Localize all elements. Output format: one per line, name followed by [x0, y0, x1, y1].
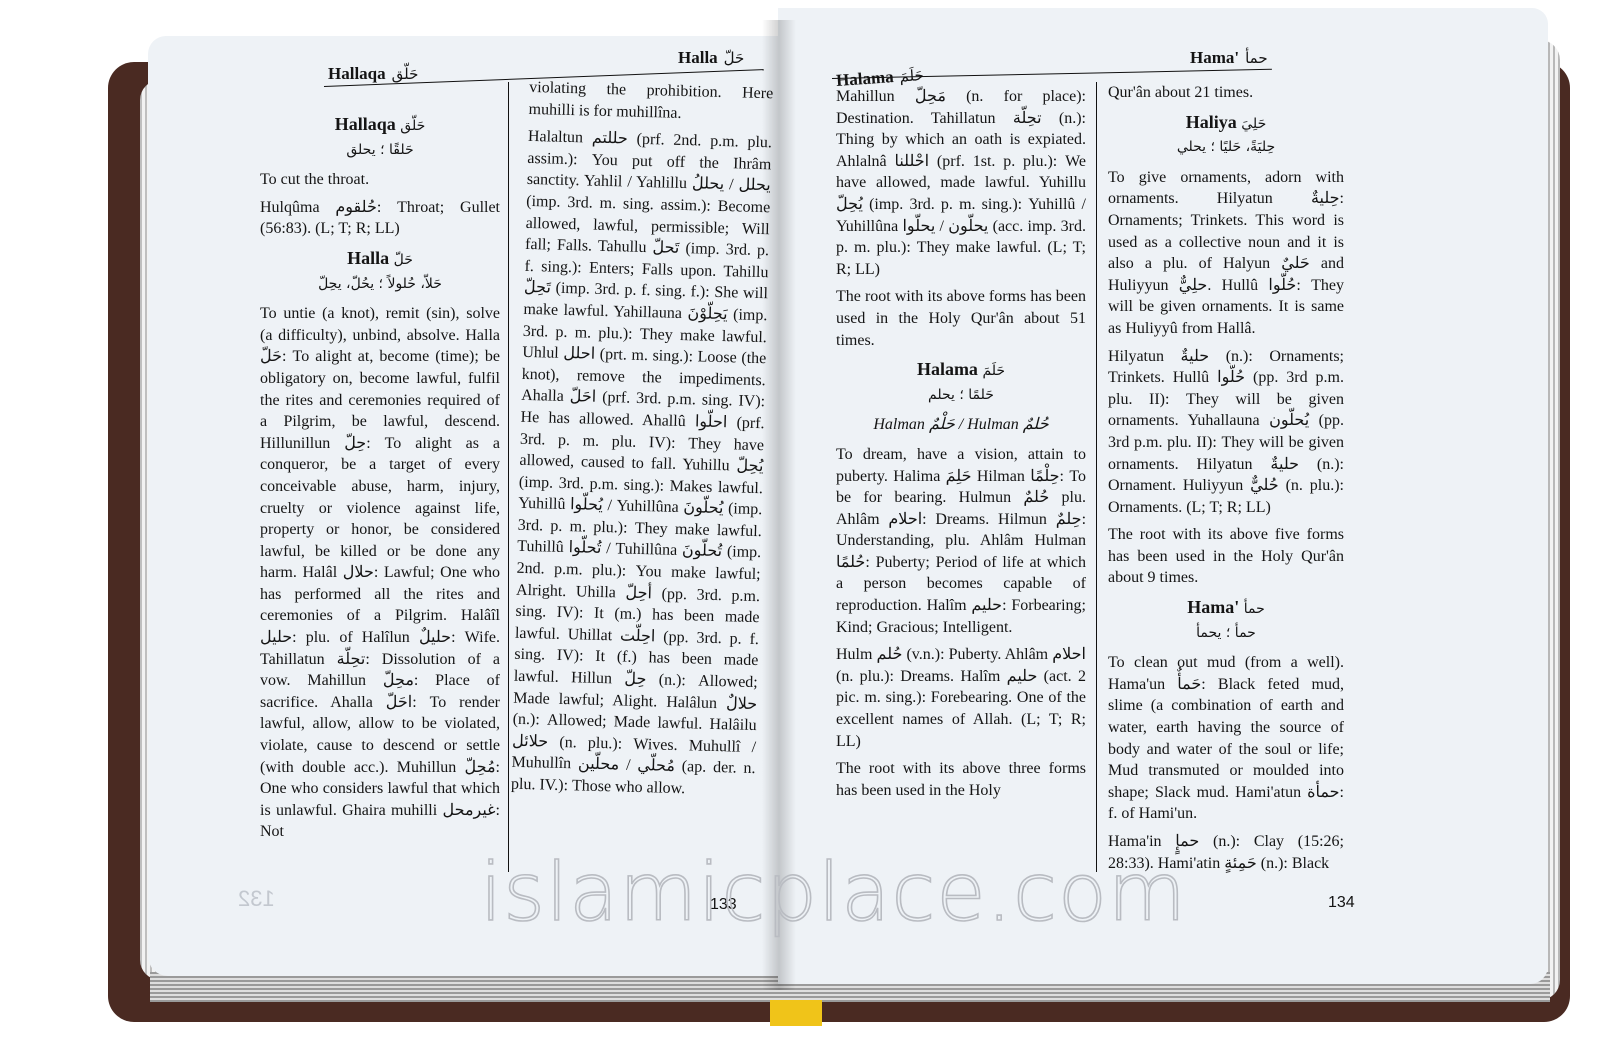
- column-rule: [508, 82, 509, 872]
- running-head-right: Hama' حمأ: [1190, 48, 1268, 68]
- entry-definition: Qur'ân about 21 times.: [1108, 82, 1344, 104]
- entry-definition: To untie (a knot), remit (sin), solve (a…: [260, 303, 500, 843]
- entry-arabic-forms: حَلاّ، حُلولاً ؛ يحُلّ، يحِلّ: [260, 274, 500, 296]
- entry-definition: violating the prohibition. Here muhilli …: [528, 77, 773, 127]
- entry-definition: To give ornaments, adorn with ornaments.…: [1108, 167, 1344, 340]
- column-rule: [1096, 82, 1097, 872]
- entry-arabic-forms: حَلمًا ؛ يحلم: [836, 385, 1086, 407]
- right-page-column-2: Qur'ân about 21 times.Haliya حَلِيَحِليَ…: [1108, 82, 1344, 880]
- entry-headword: Hallaqa حَلّق: [260, 114, 500, 138]
- entry-definition: Hilyatun حليةٌ (n.): Ornaments; Trinkets…: [1108, 346, 1344, 519]
- entry-headword: Hama' حمأ: [1108, 597, 1344, 621]
- entry-definition: To clean out mud (from a well). Hama'un …: [1108, 652, 1344, 825]
- left-page-column-1: Hallaqa حَلّقحَلقًا ؛ يحلقTo cut the thr…: [260, 106, 500, 849]
- entry-arabic-forms: حمأ ؛ يحمأ: [1108, 623, 1344, 645]
- entry-definition: To cut the throat.: [260, 169, 500, 191]
- entry-definition: The root with its above forms has been u…: [836, 286, 1086, 351]
- book-gutter: [762, 20, 796, 990]
- entry-arabic-forms: حَلقًا ؛ يحلق: [260, 140, 500, 162]
- left-page-column-2: violating the prohibition. Here muhilli …: [511, 77, 774, 808]
- entry-definition: Hulm حُلم (v.n.): Puberty. Ahlâm احلام (…: [836, 644, 1086, 752]
- right-page-column-1: Mahillun مَحِلّ (n. for place): Destinat…: [836, 86, 1086, 807]
- ghost-page-number: 132: [238, 886, 275, 912]
- watermark: islamicplace.com: [480, 846, 1187, 939]
- right-page: Halama حَلَمَ Hama' حمأ Mahillun مَحِلّ …: [778, 8, 1548, 984]
- entry-definition: To dream, have a vision, attain to puber…: [836, 444, 1086, 638]
- entry-headword: Halla حَلّ: [260, 248, 500, 272]
- bookmark-ribbon: [770, 1000, 822, 1026]
- page-number-right: 134: [1328, 894, 1355, 912]
- entry-definition: The root with its above three forms has …: [836, 758, 1086, 801]
- entry-headword: Haliya حَلِيَ: [1108, 112, 1344, 136]
- entry-variants: Halman حَلْمٌ / Hulman حُلمٌ: [836, 414, 1086, 436]
- entry-headword: Halama حَلَمَ: [836, 359, 1086, 383]
- entry-definition: The root with its above five forms has b…: [1108, 524, 1344, 589]
- entry-definition: Mahillun مَحِلّ (n. for place): Destinat…: [836, 86, 1086, 280]
- entry-arabic-forms: حِليَةً، حَليًا ؛ يحلي: [1108, 137, 1344, 159]
- running-head-left: Hallaqa حَلّق: [328, 64, 418, 84]
- running-head-right: Halla حَلّ: [678, 48, 744, 68]
- entry-definition: Halaltun حللتم (prf. 2nd. p.m. plu. assi…: [511, 126, 772, 802]
- entry-definition: Hulqûma حُلقوم: Throat; Gullet (56:83). …: [260, 197, 500, 240]
- left-page: Hallaqa حَلّق Halla حَلّ Hallaqa حَلّقحَ…: [148, 36, 778, 976]
